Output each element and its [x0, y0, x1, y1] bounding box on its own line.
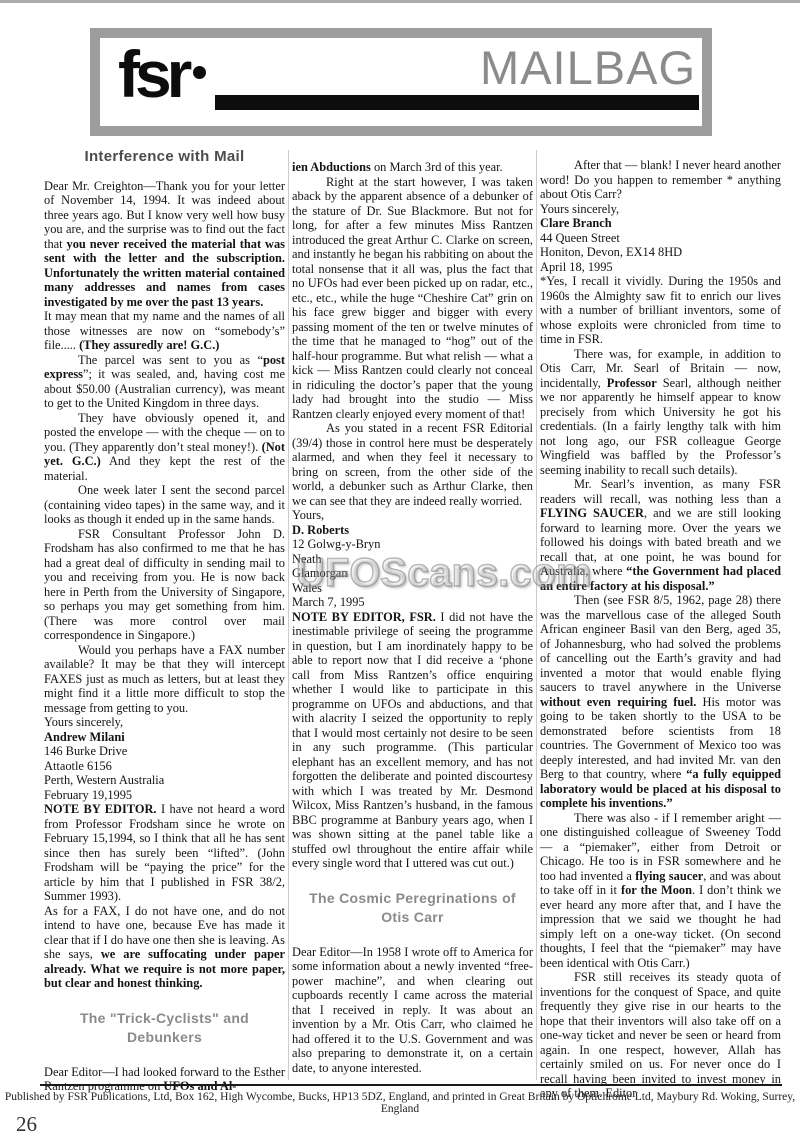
paragraph: They have obviously opened it, and poste… — [44, 411, 285, 484]
address-line: Clare Branch — [540, 216, 781, 231]
paragraph: NOTE BY EDITOR, FSR. I did not have the … — [292, 610, 533, 871]
paragraph: FSR Consultant Professor John D. Frodsha… — [44, 527, 285, 643]
address-line: February 19,1995 — [44, 788, 285, 803]
column-1: Interference with MailDear Mr. Creighton… — [44, 148, 285, 1094]
paragraph: Then (see FSR 8/5, 1962, page 28) there … — [540, 593, 781, 811]
address-line: Perth, Western Australia — [44, 773, 285, 788]
masthead-bar — [215, 95, 699, 110]
fsr-logo: fsr — [118, 38, 206, 110]
address-line: 44 Queen Street — [540, 231, 781, 246]
watermark: UFOScans.com — [296, 551, 592, 596]
section-heading: The "Trick-Cyclists" and Debunkers — [50, 1009, 279, 1047]
paragraph: As you stated in a recent FSR Editorial … — [292, 421, 533, 508]
address-line: Andrew Milani — [44, 730, 285, 745]
paragraph: The parcel was sent to you as “post expr… — [44, 353, 285, 411]
paragraph: Dear Mr. Creighton—Thank you for your le… — [44, 179, 285, 310]
paragraph: It may mean that my name and the names o… — [44, 309, 285, 353]
paragraph: *Yes, I recall it vividly. During the 19… — [540, 274, 781, 347]
footer-rule — [40, 1084, 782, 1086]
address-line: 146 Burke Drive — [44, 744, 285, 759]
paragraph: Dear Editor—I had looked forward to the … — [44, 1065, 285, 1094]
section-heading: Interference with Mail — [44, 150, 285, 165]
address-line: April 18, 1995 — [540, 260, 781, 275]
paragraph: NOTE BY EDITOR. I have not heard a word … — [44, 802, 285, 904]
address-line: D. Roberts — [292, 523, 533, 538]
paragraph: Dear Editor—In 1958 I wrote off to Ameri… — [292, 945, 533, 1076]
address-line: Yours sincerely, — [44, 715, 285, 730]
masthead: fsr MAILBAG — [90, 28, 712, 136]
paragraph: ien Abductions on March 3rd of this year… — [292, 160, 533, 175]
address-line: 12 Golwg-y-Bryn — [292, 537, 533, 552]
address-line: Attaotle 6156 — [44, 759, 285, 774]
paragraph: There was, for example, in addition to O… — [540, 347, 781, 478]
address-line: Yours, — [292, 508, 533, 523]
paragraph: FSR still receives its steady quota of i… — [540, 970, 781, 1101]
column-divider — [536, 150, 537, 1080]
footer-text: Published by FSR Publications, Ltd, Box … — [0, 1091, 800, 1115]
column-divider — [288, 150, 289, 1080]
paragraph: After that — blank! I never heard anothe… — [540, 158, 781, 202]
mailbag-title: MAILBAG — [480, 42, 696, 94]
address-line: Honiton, Devon, EX14 8HD — [540, 245, 781, 260]
fsr-logo-dot-icon — [193, 66, 206, 79]
paragraph: One week later I sent the second parcel … — [44, 483, 285, 527]
paragraph: There was also - if I remember aright — … — [540, 811, 781, 971]
section-heading: The Cosmic Peregrinations of Otis Carr — [298, 889, 527, 927]
address-line: March 7, 1995 — [292, 595, 533, 610]
paragraph: Right at the start however, I was taken … — [292, 175, 533, 422]
paragraph: Would you perhaps have a FAX number avai… — [44, 643, 285, 716]
page-number: 26 — [16, 1112, 37, 1132]
column-2: ien Abductions on March 3rd of this year… — [292, 148, 533, 1075]
address-line: Yours sincerely, — [540, 202, 781, 217]
paragraph: As for a FAX, I do not have one, and do … — [44, 904, 285, 991]
column-3: After that — blank! I never heard anothe… — [540, 148, 781, 1101]
scan-edge — [0, 0, 800, 3]
fsr-logo-text: fsr — [118, 37, 187, 111]
